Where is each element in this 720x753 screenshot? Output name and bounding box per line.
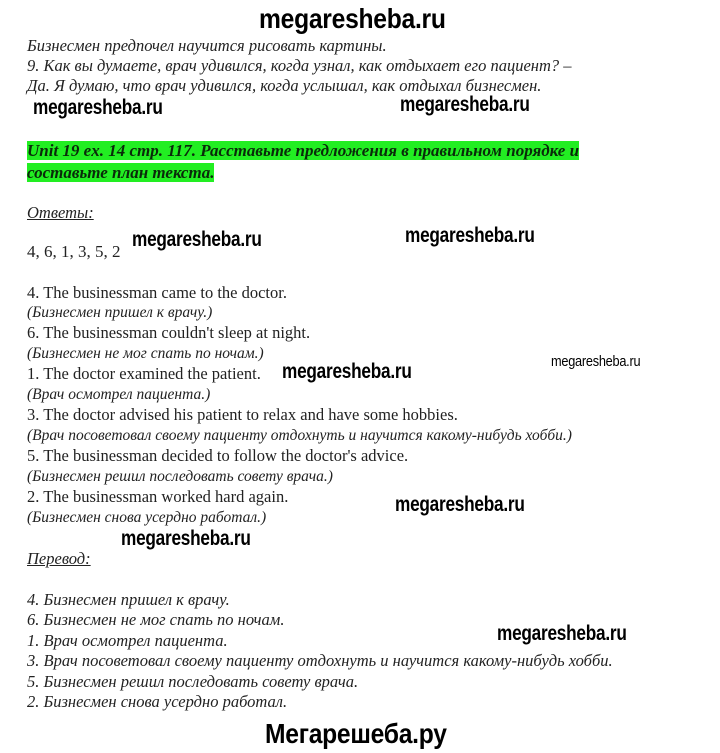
watermark: megaresheba.ru bbox=[405, 224, 535, 248]
answers-heading: Ответы: bbox=[27, 203, 94, 223]
watermark: megaresheba.ru bbox=[395, 493, 525, 517]
answer-ru: (Врач осмотрел пациента.) bbox=[27, 385, 210, 405]
translation-heading: Перевод: bbox=[27, 549, 91, 569]
intro-line: Бизнесмен предпочел научится рисовать ка… bbox=[27, 36, 387, 56]
answer-en: 6. The businessman couldn't sleep at nig… bbox=[27, 323, 310, 343]
translation-line: 3. Врач посоветовал своему пациенту отдо… bbox=[27, 651, 613, 671]
translation-line: 6. Бизнесмен не мог спать по ночам. bbox=[27, 610, 284, 630]
watermark-bottom: Мегарешеба.ру bbox=[265, 718, 447, 750]
watermark-small: megaresheba.ru bbox=[551, 353, 640, 370]
watermark-top: megaresheba.ru bbox=[259, 3, 446, 35]
translation-line: 1. Врач осмотрел пациента. bbox=[27, 631, 228, 651]
watermark: megaresheba.ru bbox=[400, 93, 530, 117]
answer-ru: (Бизнесмен пришел к врачу.) bbox=[27, 303, 212, 323]
task-line-2: составьте план текста. bbox=[27, 163, 214, 182]
task-heading: Unit 19 ex. 14 стр. 117. Расставьте пред… bbox=[27, 140, 579, 184]
translation-line: 2. Бизнесмен снова усердно работал. bbox=[27, 692, 287, 712]
watermark: megaresheba.ru bbox=[282, 360, 412, 384]
answer-en: 3. The doctor advised his patient to rel… bbox=[27, 405, 458, 425]
watermark: megaresheba.ru bbox=[33, 96, 163, 120]
answer-ru: (Бизнесмен не мог спать по ночам.) bbox=[27, 344, 264, 364]
answer-ru: (Бизнесмен снова усердно работал.) bbox=[27, 508, 266, 528]
translation-line: 4. Бизнесмен пришел к врачу. bbox=[27, 590, 230, 610]
answer-en: 4. The businessman came to the doctor. bbox=[27, 283, 287, 303]
answer-order: 4, 6, 1, 3, 5, 2 bbox=[27, 242, 121, 262]
answer-ru: (Врач посоветовал своему пациенту отдохн… bbox=[27, 426, 572, 446]
translation-line: 5. Бизнесмен решил последовать совету вр… bbox=[27, 672, 358, 692]
watermark: megaresheba.ru bbox=[121, 527, 251, 551]
answer-en: 2. The businessman worked hard again. bbox=[27, 487, 288, 507]
answer-en: 5. The businessman decided to follow the… bbox=[27, 446, 408, 466]
answer-ru: (Бизнесмен решил последовать совету врач… bbox=[27, 467, 333, 487]
task-line-1: Unit 19 ex. 14 стр. 117. Расставьте пред… bbox=[27, 141, 579, 160]
intro-line: 9. Как вы думаете, врач удивился, когда … bbox=[27, 56, 572, 76]
watermark: megaresheba.ru bbox=[497, 622, 627, 646]
answer-en: 1. The doctor examined the patient. bbox=[27, 364, 261, 384]
watermark: megaresheba.ru bbox=[132, 228, 262, 252]
